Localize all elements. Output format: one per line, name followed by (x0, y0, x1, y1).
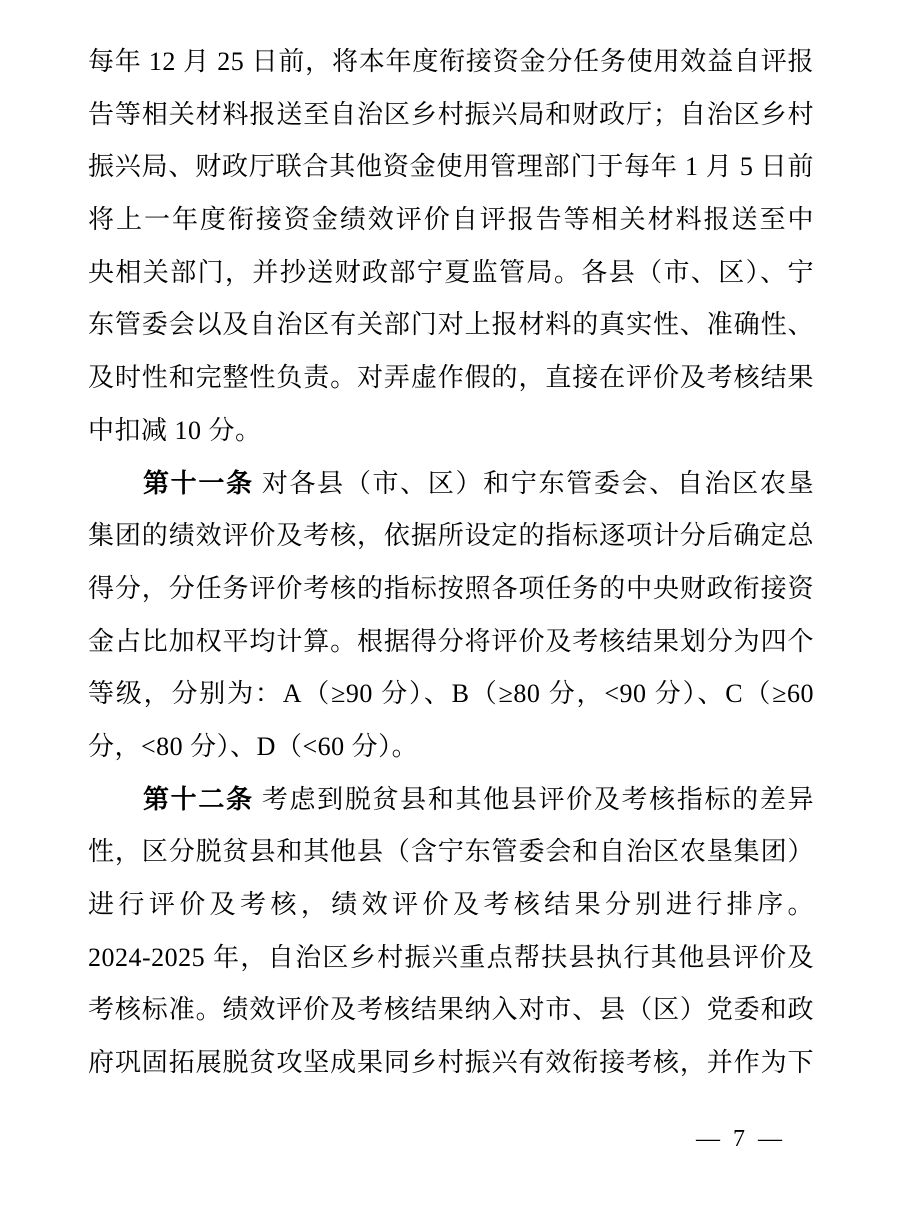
text-segment: 东管委会以及自治区有关部门对上报材料的真实性、准确性、 (88, 310, 814, 339)
page-number: 7 (733, 1126, 745, 1152)
text-line: 2024-2025 年，自治区乡村振兴重点帮扶县执行其他县评价及 (88, 932, 814, 985)
text-segment: 分，<80 分）、D（<60 分）。 (88, 732, 418, 761)
article-heading: 第十二条 (143, 785, 254, 814)
text-line: 振兴局、财政厅联合其他资金使用管理部门于每年 1 月 5 日前 (88, 141, 814, 194)
text-segment: 将上一年度衔接资金绩效评价自评报告等相关材料报送至中 (88, 205, 814, 234)
document-body: 每年 12 月 25 日前，将本年度衔接资金分任务使用效益自评报告等相关材料报送… (88, 36, 814, 1090)
text-line: 将上一年度衔接资金绩效评价自评报告等相关材料报送至中 (88, 194, 814, 247)
text-segment: 得分，分任务评价考核的指标按照各项任务的中央财政衔接资 (88, 574, 814, 603)
text-segment: 对各县（市、区）和宁东管委会、自治区农垦 (254, 469, 814, 498)
text-line: 中扣减 10 分。 (88, 405, 814, 458)
text-line: 东管委会以及自治区有关部门对上报材料的真实性、准确性、 (88, 299, 814, 352)
text-line: 第十一条 对各县（市、区）和宁东管委会、自治区农垦 (88, 458, 814, 511)
text-line: 每年 12 月 25 日前，将本年度衔接资金分任务使用效益自评报 (88, 36, 814, 89)
text-line: 进行评价及考核，绩效评价及考核结果分别进行排序。 (88, 879, 814, 932)
text-line: 得分，分任务评价考核的指标按照各项任务的中央财政衔接资 (88, 563, 814, 616)
text-line: 性，区分脱贫县和其他县（含宁东管委会和自治区农垦集团） (88, 826, 814, 879)
text-segment: 考核标准。绩效评价及考核结果纳入对市、县（区）党委和政 (88, 995, 814, 1024)
text-segment: 集团的绩效评价及考核，依据所设定的指标逐项计分后确定总 (88, 521, 814, 550)
text-line: 考核标准。绩效评价及考核结果纳入对市、县（区）党委和政 (88, 984, 814, 1037)
text-segment: 中扣减 10 分。 (88, 416, 262, 445)
text-segment: 2024-2025 年，自治区乡村振兴重点帮扶县执行其他县评价及 (88, 943, 814, 972)
text-segment: 等级，分别为：A（≥90 分）、B（≥80 分，<90 分）、C（≥60 (88, 679, 814, 708)
text-segment: 每年 12 月 25 日前，将本年度衔接资金分任务使用效益自评报 (88, 47, 814, 76)
text-line: 告等相关材料报送至自治区乡村振兴局和财政厅；自治区乡村 (88, 89, 814, 142)
footer-right-dash: — (758, 1126, 782, 1152)
footer-left-dash: — (696, 1126, 720, 1152)
text-segment: 及时性和完整性负责。对弄虚作假的，直接在评价及考核结果 (88, 363, 814, 392)
text-line: 央相关部门，并抄送财政部宁夏监管局。各县（市、区）、宁 (88, 247, 814, 300)
article-heading: 第十一条 (143, 469, 254, 498)
text-segment: 府巩固拓展脱贫攻坚成果同乡村振兴有效衔接考核，并作为下 (88, 1048, 814, 1077)
text-line: 等级，分别为：A（≥90 分）、B（≥80 分，<90 分）、C（≥60 (88, 668, 814, 721)
text-segment: 进行评价及考核，绩效评价及考核结果分别进行排序。 (88, 890, 814, 919)
text-line: 集团的绩效评价及考核，依据所设定的指标逐项计分后确定总 (88, 510, 814, 563)
text-segment: 振兴局、财政厅联合其他资金使用管理部门于每年 1 月 5 日前 (88, 152, 814, 181)
text-segment: 央相关部门，并抄送财政部宁夏监管局。各县（市、区）、宁 (88, 258, 814, 287)
document-page: 每年 12 月 25 日前，将本年度衔接资金分任务使用效益自评报告等相关材料报送… (0, 0, 899, 1206)
text-segment: 告等相关材料报送至自治区乡村振兴局和财政厅；自治区乡村 (88, 100, 814, 129)
text-line: 金占比加权平均计算。根据得分将评价及考核结果划分为四个 (88, 616, 814, 669)
text-line: 第十二条 考虑到脱贫县和其他县评价及考核指标的差异 (88, 774, 814, 827)
page-footer: —7— (696, 1126, 782, 1153)
text-line: 分，<80 分）、D（<60 分）。 (88, 721, 814, 774)
text-segment: 金占比加权平均计算。根据得分将评价及考核结果划分为四个 (88, 627, 814, 656)
text-line: 府巩固拓展脱贫攻坚成果同乡村振兴有效衔接考核，并作为下 (88, 1037, 814, 1090)
text-segment: 性，区分脱贫县和其他县（含宁东管委会和自治区农垦集团） (88, 837, 814, 866)
text-line: 及时性和完整性负责。对弄虚作假的，直接在评价及考核结果 (88, 352, 814, 405)
text-segment: 考虑到脱贫县和其他县评价及考核指标的差异 (254, 785, 814, 814)
